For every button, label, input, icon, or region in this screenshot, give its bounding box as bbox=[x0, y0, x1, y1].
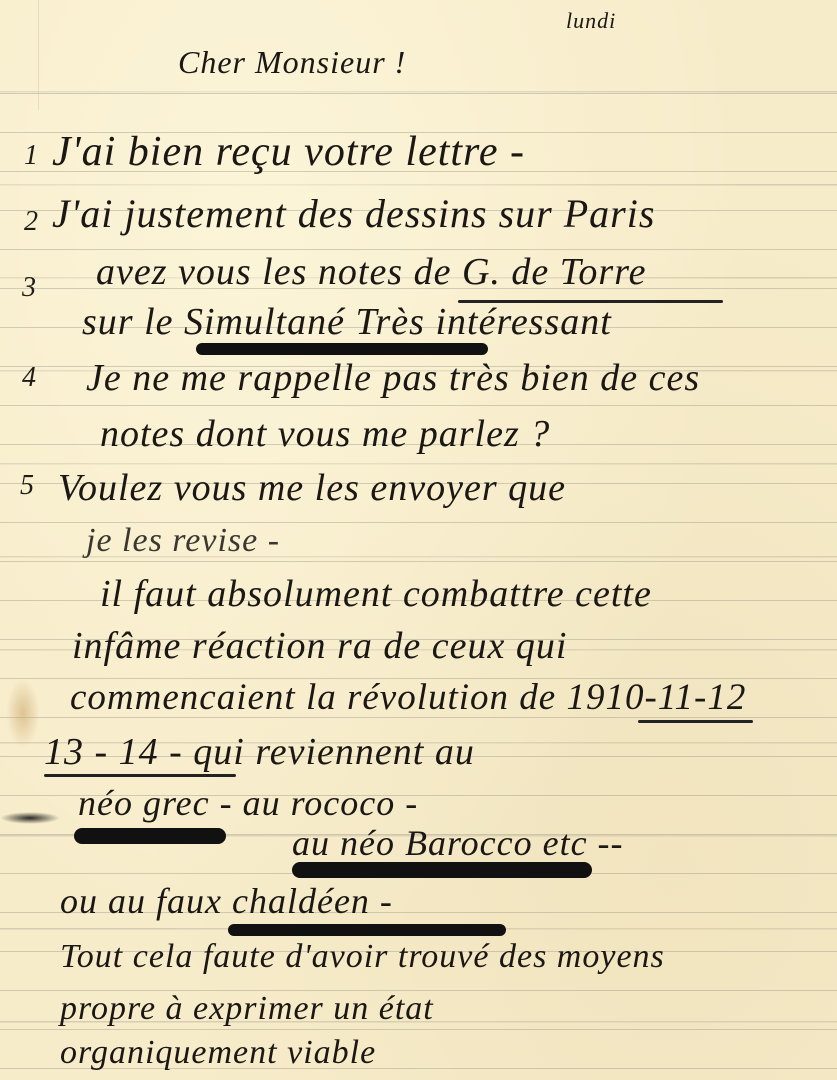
letter-salutation: Cher Monsieur ! bbox=[178, 44, 406, 81]
letter-line: sur le Simultané Très intéressant bbox=[82, 300, 612, 344]
underline bbox=[44, 774, 236, 777]
letter-line: 13 - 14 - qui reviennent au bbox=[44, 730, 475, 774]
line-number: 2 bbox=[24, 206, 38, 238]
letter-line: propre à exprimer un état bbox=[60, 990, 434, 1028]
line-number: 4 bbox=[22, 362, 36, 394]
letter-line: commencaient la révolution de 1910-11-12 bbox=[70, 676, 746, 719]
letter-line: Voulez vous me les envoyer que bbox=[58, 466, 566, 510]
letter-line: ou au faux chaldéen - bbox=[60, 880, 393, 922]
letter-line: J'ai bien reçu votre lettre - bbox=[52, 128, 525, 176]
ruled-line bbox=[0, 93, 837, 94]
ink-underline bbox=[228, 924, 506, 936]
ink-underline bbox=[292, 862, 592, 878]
ruled-line bbox=[0, 561, 837, 562]
ruled-line bbox=[0, 405, 837, 406]
ink-underline bbox=[74, 828, 226, 844]
line-number: 1 bbox=[24, 140, 38, 172]
letter-line: néo grec - au rococo - bbox=[78, 782, 418, 824]
ink-smudge bbox=[0, 812, 60, 824]
underline bbox=[638, 720, 753, 723]
paper-stain bbox=[6, 678, 40, 748]
letter-day: lundi bbox=[566, 8, 616, 34]
letter-line: J'ai justement des dessins sur Paris bbox=[52, 190, 655, 237]
line-number: 5 bbox=[20, 470, 34, 502]
letter-line: au néo Barocco etc -- bbox=[292, 822, 624, 864]
letter-line: Je ne me rappelle pas très bien de ces bbox=[86, 356, 700, 400]
ink-underline bbox=[196, 343, 488, 355]
letter-line: il faut absolument combattre cette bbox=[100, 572, 652, 616]
letter-line: organiquement viable bbox=[60, 1034, 376, 1072]
letter-line: notes dont vous me parlez ? bbox=[100, 412, 550, 456]
letter-line: Tout cela faute d'avoir trouvé des moyen… bbox=[60, 938, 665, 976]
line-number: 3 bbox=[22, 272, 36, 304]
letter-line: je les revise - bbox=[86, 522, 280, 560]
ruled-line bbox=[0, 1029, 837, 1030]
letter-line: infâme réaction ra de ceux qui bbox=[72, 624, 567, 668]
letter-line: avez vous les notes de G. de Torre bbox=[96, 250, 646, 294]
paper-crease bbox=[38, 0, 39, 110]
